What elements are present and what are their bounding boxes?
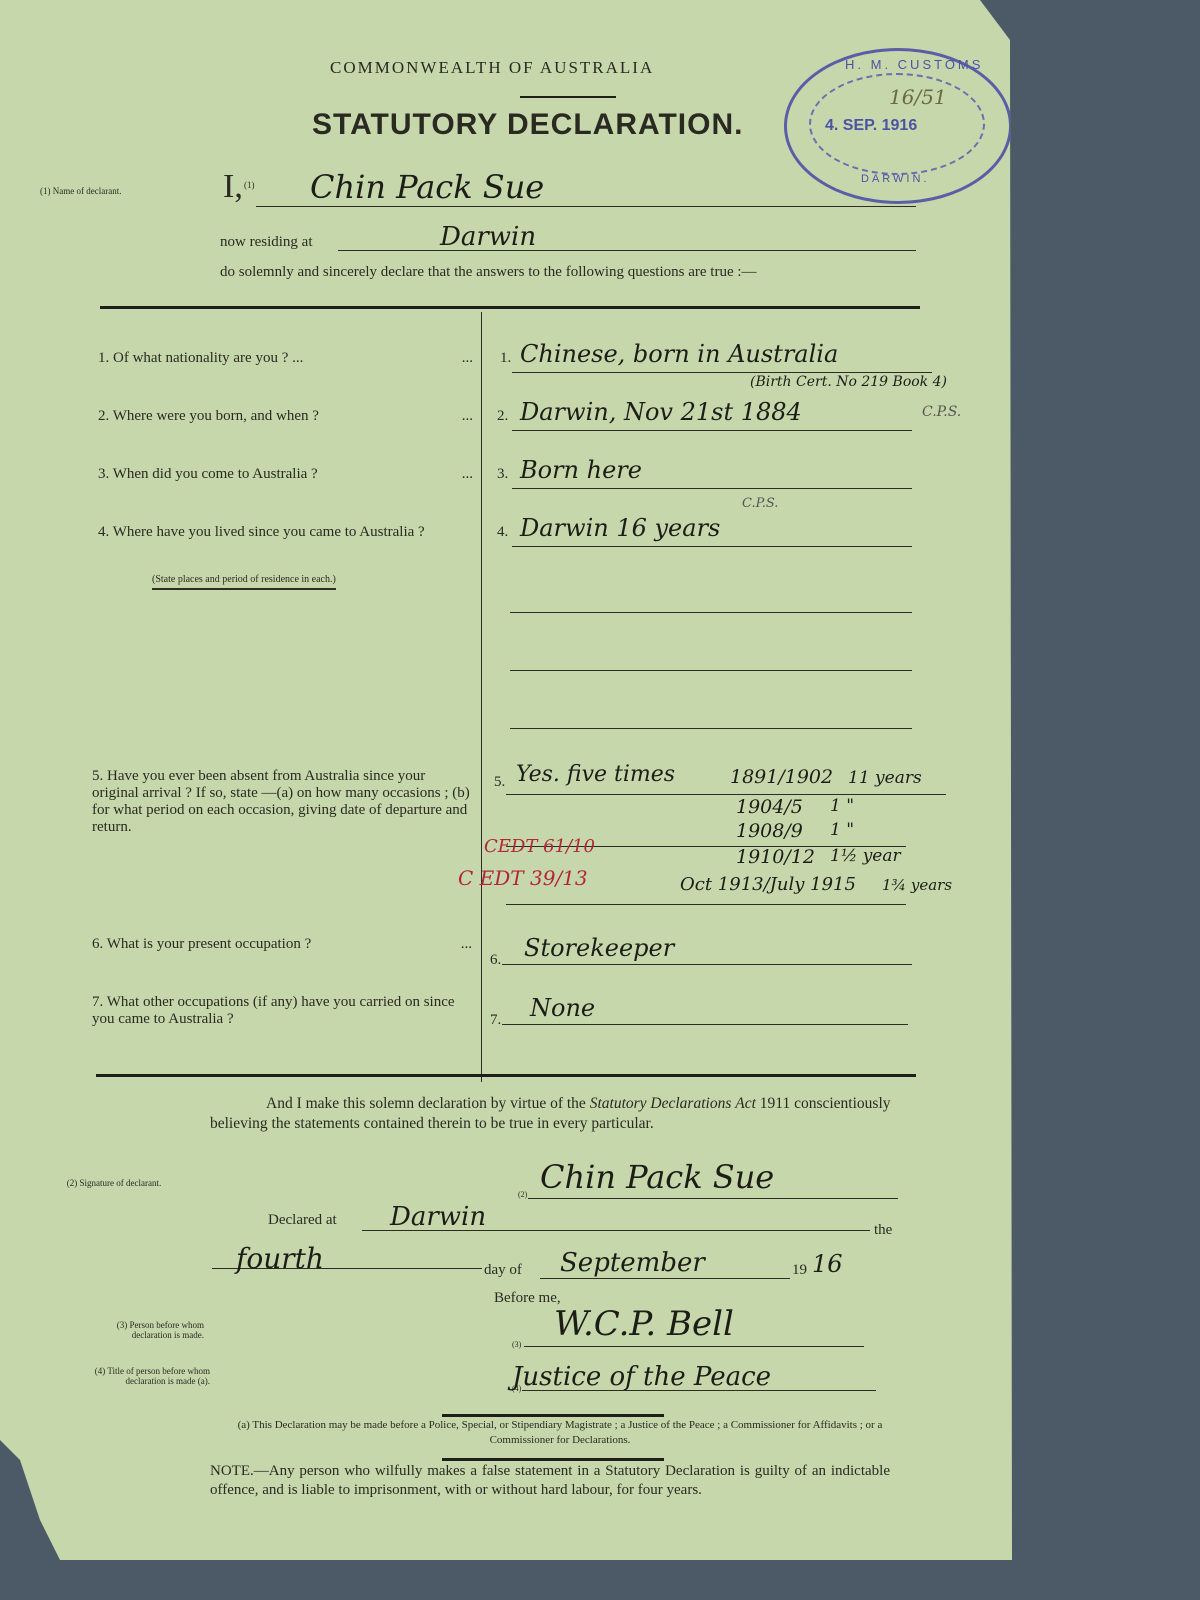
answer-3-number: 3. — [497, 466, 508, 483]
answer-4-note: C.P.S. — [742, 496, 778, 511]
answer-2-note: C.P.S. — [922, 404, 961, 420]
red-note-2: C EDT 39/13 — [458, 866, 588, 890]
answer-5-number: 5. — [494, 774, 505, 791]
answer-4-line-2 — [510, 612, 912, 613]
residing-label: now residing at — [220, 234, 312, 251]
answer-3-line — [512, 488, 912, 489]
note-penalty: NOTE.—Any person who wilfully makes a fa… — [210, 1462, 890, 1500]
stamp-date: 4. SEP. 1916 — [825, 117, 917, 135]
stamp-number: 16/51 — [889, 85, 947, 109]
person-ref: (3) — [512, 1340, 521, 1349]
absence-2-duration: 1 " — [830, 796, 854, 816]
absence-3-duration: 1 " — [830, 820, 854, 840]
answer-7-line — [502, 1024, 908, 1025]
margin-note-signature: (2) Signature of declarant. — [60, 1178, 168, 1188]
answer-6[interactable]: Storekeeper — [524, 934, 674, 962]
year-prefix: 19 — [792, 1262, 807, 1279]
answer-6-line — [502, 964, 912, 965]
stamp-bottom-text: DARWIN. — [861, 173, 929, 185]
absence-5-duration: 1¾ years — [882, 876, 952, 894]
footnote-a: (a) This Declaration may be made before … — [230, 1418, 890, 1448]
declarant-prefix: I, — [223, 168, 243, 206]
answer-1-line — [512, 372, 932, 373]
stamp-top-text: H. M. CUSTOMS — [845, 57, 983, 72]
answer-1-number: 1. — [500, 350, 511, 367]
column-divider — [481, 312, 482, 1082]
absence-4-period: 1910/12 — [736, 846, 815, 868]
question-5: 5. Have you ever been absent from Austra… — [92, 768, 470, 836]
question-2: 2. Where were you born, and when ?... — [98, 408, 473, 425]
absence-2-period: 1904/5 — [736, 796, 803, 818]
year-value[interactable]: 16 — [812, 1250, 843, 1278]
answer-3[interactable]: Born here — [520, 456, 642, 484]
margin-note-title: (4) Title of person before whom declarat… — [86, 1366, 210, 1386]
absence-5-period: Oct 1913/July 1915 — [680, 874, 856, 895]
name-line — [256, 206, 916, 207]
day-value[interactable]: fourth — [236, 1242, 324, 1275]
commonwealth-heading: COMMONWEALTH OF AUSTRALIA — [330, 58, 654, 78]
signature-line — [528, 1198, 898, 1199]
declared-at-label: Declared at — [268, 1212, 337, 1229]
answer-4-line — [512, 546, 912, 547]
answer-5[interactable]: Yes. five times — [516, 762, 675, 787]
red-note-1: CEDT 61/10 — [484, 836, 595, 857]
declaration-form: COMMONWEALTH OF AUSTRALIA STATUTORY DECL… — [0, 0, 1012, 1560]
answer-2[interactable]: Darwin, Nov 21st 1884 — [520, 398, 802, 426]
declarant-signature[interactable]: Chin Pack Sue — [540, 1158, 774, 1196]
question-7: 7. What other occupations (if any) have … — [92, 994, 472, 1028]
answer-7[interactable]: None — [530, 994, 595, 1022]
table-bottom-rule — [96, 1074, 916, 1077]
question-4: 4. Where have you lived since you came t… — [98, 524, 473, 541]
footnote-rule-1 — [442, 1414, 664, 1417]
question-1: 1. Of what nationality are you ? ...... — [98, 350, 473, 367]
absence-1-period: 1891/1902 — [730, 766, 833, 788]
answer-2-line — [512, 430, 912, 431]
title-value[interactable]: Justice of the Peace — [512, 1362, 771, 1392]
signature-ref: (2) — [518, 1190, 527, 1199]
answer-6-number: 6. — [490, 952, 501, 969]
residing-line — [338, 250, 916, 251]
answer-7-number: 7. — [490, 1012, 501, 1029]
day-of-label: day of — [484, 1262, 522, 1279]
question-4-instruction: (State places and period of residence in… — [152, 574, 336, 590]
answer-1[interactable]: Chinese, born in Australia — [520, 340, 838, 368]
margin-note-person: (3) Person before whom declaration is ma… — [86, 1320, 204, 1340]
customs-stamp: H. M. CUSTOMS 16/51 4. SEP. 1916 DARWIN. — [784, 48, 1012, 204]
before-me-label: Before me, — [494, 1290, 561, 1307]
answer-1-note: (Birth Cert. No 219 Book 4) — [750, 374, 947, 390]
answer-4[interactable]: Darwin 16 years — [520, 514, 720, 542]
the-label: the — [874, 1222, 892, 1239]
answer-4-line-4 — [510, 728, 912, 729]
answer-2-number: 2. — [497, 408, 508, 425]
absence-3-period: 1908/9 — [736, 820, 803, 842]
footnote-rule-2 — [442, 1458, 664, 1461]
heading-rule — [520, 96, 616, 98]
page-title: STATUTORY DECLARATION. — [312, 108, 743, 142]
answer-5-line-3 — [506, 904, 906, 905]
month-value[interactable]: September — [560, 1248, 705, 1278]
question-3: 3. When did you come to Australia ?... — [98, 466, 473, 483]
absence-4-duration: 1½ year — [830, 846, 901, 866]
margin-note-name: (1) Name of declarant. — [40, 186, 210, 196]
answer-4-number: 4. — [497, 524, 508, 541]
person-line — [524, 1346, 864, 1347]
month-line — [540, 1278, 790, 1279]
person-signature[interactable]: W.C.P. Bell — [554, 1304, 734, 1344]
answer-5-line — [506, 794, 946, 795]
declarant-name[interactable]: Chin Pack Sue — [310, 168, 544, 206]
declarant-ref: (1) — [244, 180, 255, 190]
answer-4-line-3 — [510, 670, 912, 671]
declared-at-value[interactable]: Darwin — [390, 1202, 486, 1232]
declaration-paragraph: And I make this solemn declaration by vi… — [210, 1094, 910, 1134]
declaration-intro: do solemnly and sincerely declare that t… — [220, 262, 920, 282]
residing-value[interactable]: Darwin — [440, 222, 536, 252]
absence-1-duration: 11 years — [848, 768, 922, 788]
table-top-rule — [100, 306, 920, 309]
question-6: 6. What is your present occupation ?... — [92, 936, 472, 953]
